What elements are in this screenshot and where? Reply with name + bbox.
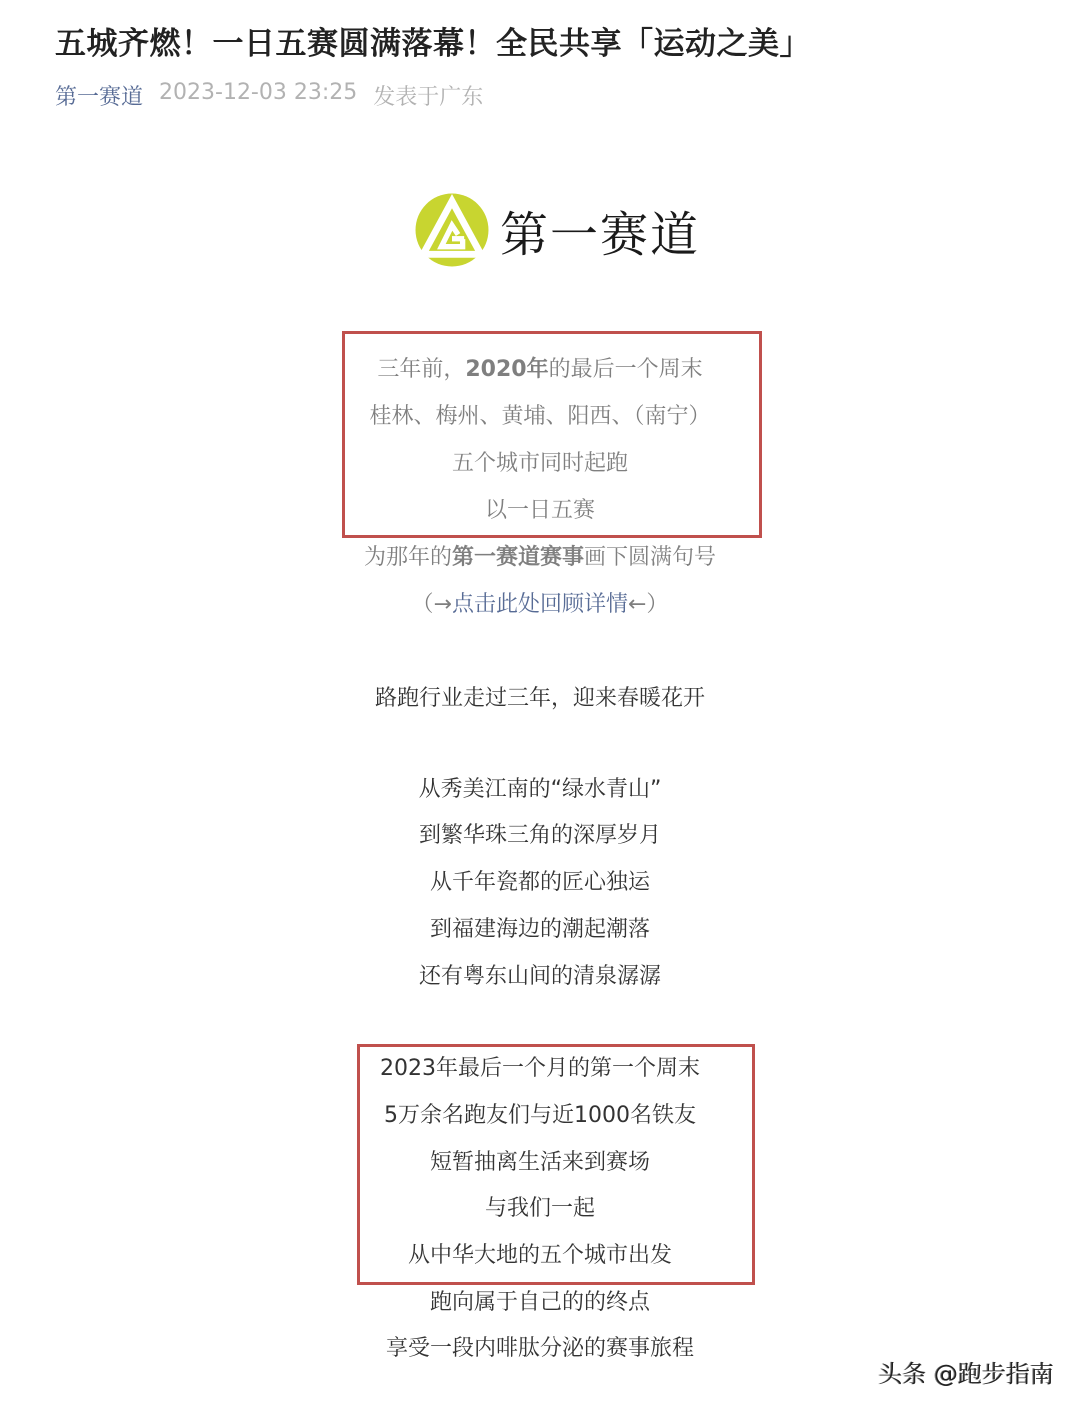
text-line: 为那年的第一赛道赛事画下圆满句号: [0, 543, 1080, 573]
text-line: 到繁华珠三角的深厚岁月: [0, 821, 1080, 851]
text-line: 跑向属于自己的的终点: [0, 1288, 1080, 1318]
text-line: 从秀美江南的“绿水青山”: [0, 775, 1080, 805]
logo-text: 第一赛道: [500, 196, 700, 265]
review-details-link[interactable]: 点击此处回顾详情: [452, 592, 628, 617]
text-line: 三年前，2020年的最后一个周末: [0, 355, 1080, 385]
text-line: 路跑行业走过三年，迎来春暖花开: [0, 684, 1080, 714]
text-line: 五个城市同时起跑: [0, 449, 1080, 479]
brand-logo: 第一赛道: [414, 192, 700, 268]
triangle-g-logo-icon: [414, 192, 490, 268]
review-link-line: （→点击此处回顾详情←）: [0, 590, 1080, 620]
text-line: 以一日五赛: [0, 496, 1080, 526]
article-title: 五城齐燃！一日五赛圆满落幕！全民共享「运动之美」: [55, 18, 811, 63]
text-line: 桂林、梅州、黄埔、阳西、（南宁）: [0, 402, 1080, 432]
text-line: 从千年瓷都的匠心独运: [0, 868, 1080, 898]
text-line: 到福建海边的潮起潮落: [0, 915, 1080, 945]
article-page: 五城齐燃！一日五赛圆满落幕！全民共享「运动之美」 第一赛道 2023-12-03…: [0, 0, 1080, 1410]
text-line: 从中华大地的五个城市出发: [0, 1241, 1080, 1271]
article-meta: 第一赛道 2023-12-03 23:25 发表于广东: [55, 80, 483, 111]
text-line: 2023年最后一个月的第一个周末: [0, 1054, 1080, 1084]
text-line: 与我们一起: [0, 1194, 1080, 1224]
publish-location: 发表于广东: [373, 80, 483, 111]
text-line: 5万余名跑友们与近1000名铁友: [0, 1101, 1080, 1131]
publish-date: 2023-12-03 23:25: [159, 80, 357, 111]
text-line: 短暂抽离生活来到赛场: [0, 1148, 1080, 1178]
author-link[interactable]: 第一赛道: [55, 80, 143, 111]
watermark: 头条 @跑步指南: [878, 1354, 1054, 1389]
text-line: 还有粤东山间的清泉潺潺: [0, 962, 1080, 992]
